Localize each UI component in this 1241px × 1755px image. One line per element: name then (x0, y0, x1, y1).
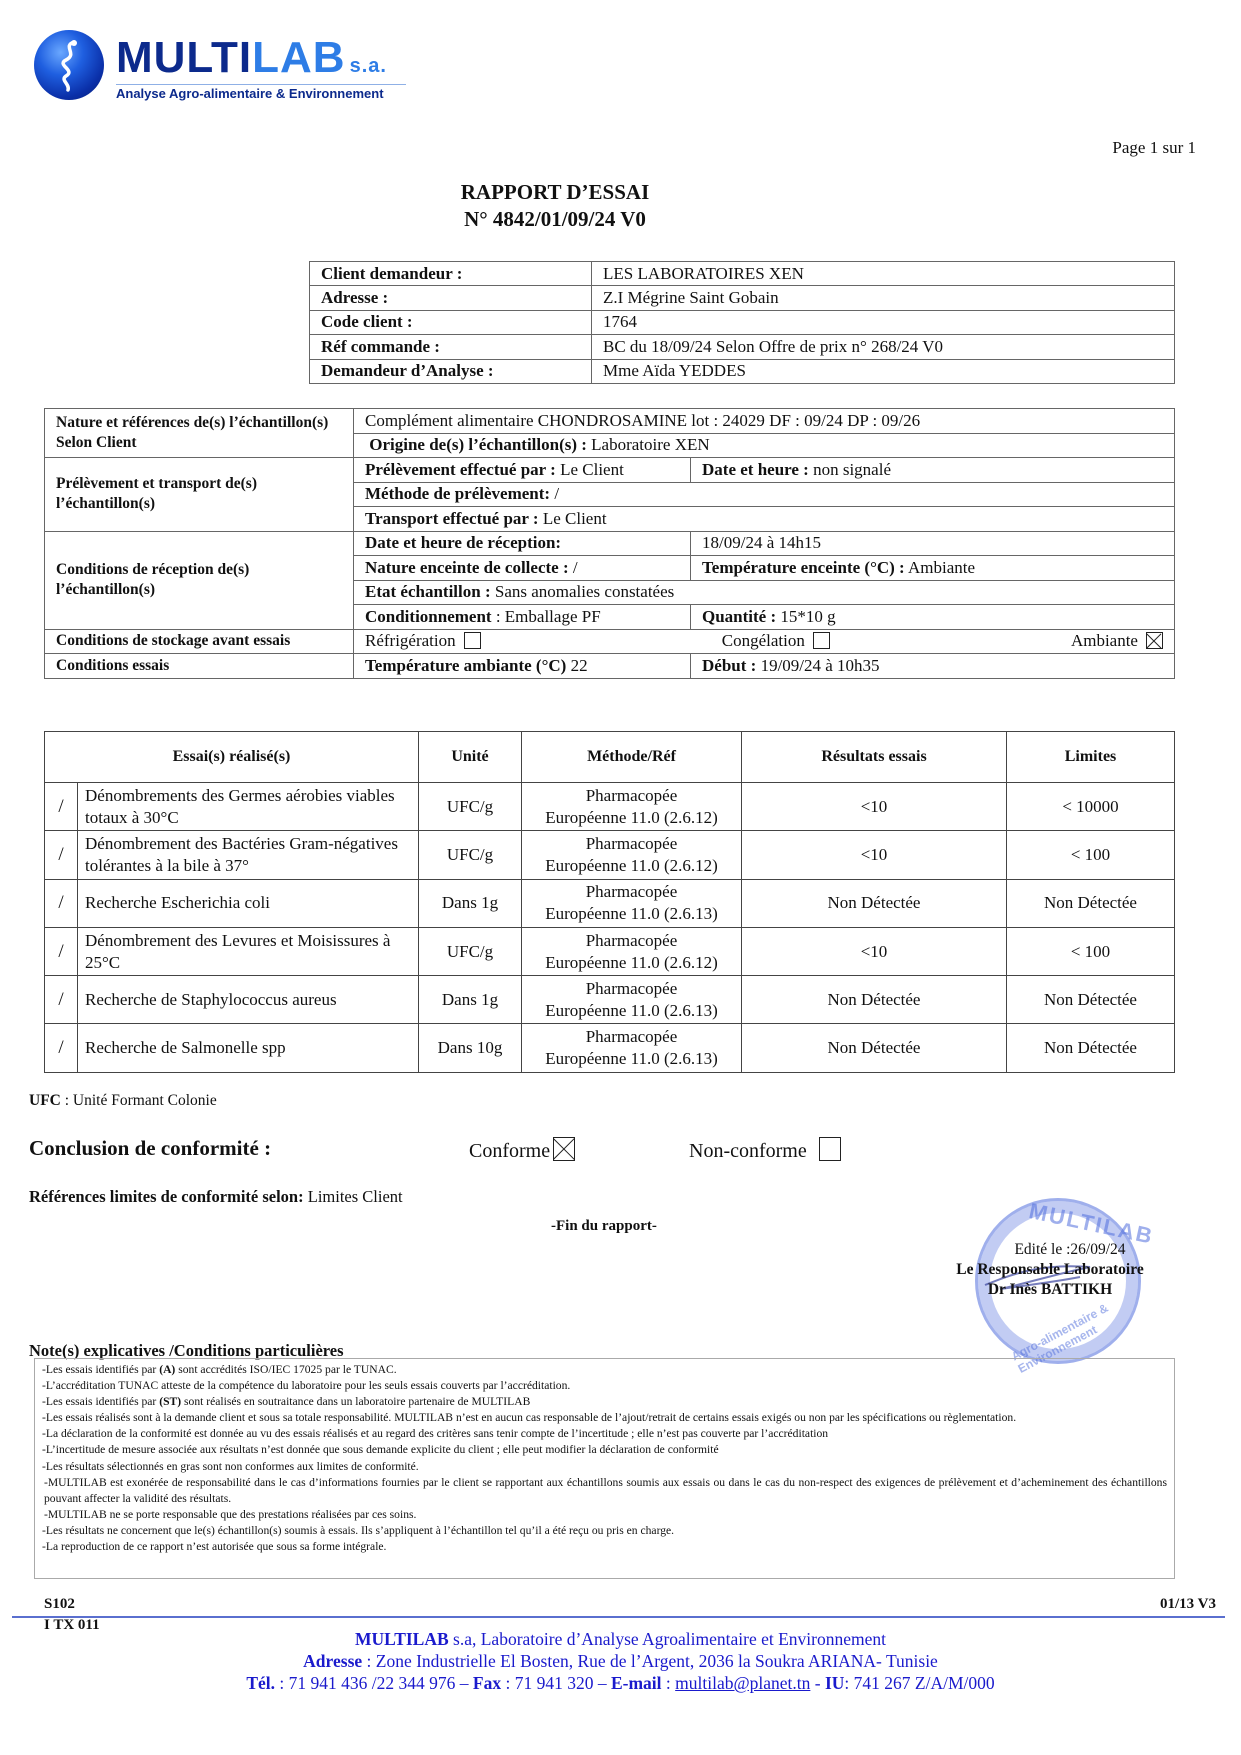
results-header-row: Essai(s) réalisé(s) Unité Méthode/Réf Ré… (45, 732, 1175, 783)
signer-name: Dr Inès BATTIKH (930, 1280, 1170, 1300)
table-row: / Dénombrements des Germes aérobies viab… (45, 783, 1175, 831)
test-limit: < 100 (1007, 927, 1175, 975)
requester-label: Demandeur d’Analyse : (310, 359, 592, 383)
sample-origin: Origine de(s) l’échantillon(s) : Laborat… (354, 433, 1175, 458)
test-name: Recherche Escherichia coli (78, 879, 419, 927)
client-code-value: 1764 (592, 310, 1175, 334)
header-test: Essai(s) réalisé(s) (45, 732, 419, 783)
header-method: Méthode/Réf (522, 732, 742, 783)
conclusion-label: Conclusion de conformité : (29, 1136, 271, 1161)
sample-description: Complément alimentaire CHONDROSAMINE lot… (354, 409, 1175, 434)
storage-option-freezing: Congélation (722, 632, 830, 650)
header-result: Résultats essais (742, 732, 1007, 783)
test-result: Non Détectée (742, 976, 1007, 1024)
form-version: 01/13 V3 (1160, 1596, 1216, 1613)
note-line: -Les essais identifiés par (ST) sont réa… (42, 1394, 1167, 1410)
table-row: / Recherche de Staphylococcus aureus Dan… (45, 976, 1175, 1024)
test-name: Dénombrement des Levures et Moisissures … (78, 927, 419, 975)
conformity-conclusion: Conclusion de conformité : Conforme Non-… (29, 1136, 929, 1166)
email-link[interactable]: multilab@planet.tn (675, 1673, 810, 1693)
test-method: PharmacopéeEuropéenne 11.0 (2.6.13) (522, 976, 742, 1024)
report-number: N° 4842/01/09/24 V0 (0, 207, 1110, 232)
address-row: Adresse :Z.I Mégrine Saint Gobain (310, 286, 1175, 310)
header-limit: Limites (1007, 732, 1175, 783)
conforme-checkbox[interactable] (553, 1137, 575, 1161)
test-conditions-section-label: Conditions essais (45, 654, 354, 679)
footer-contact-line: Tél. : 71 941 436 /22 344 976 – Fax : 71… (0, 1672, 1241, 1694)
page-indicator: Page 1 sur 1 (1112, 138, 1196, 158)
report-title: RAPPORT D’ESSAI (0, 180, 1110, 205)
test-unit: UFC/g (419, 831, 522, 879)
container-nature: Nature enceinte de collecte : / (354, 556, 691, 581)
reception-datetime-value: 18/09/24 à 14h15 (691, 531, 1175, 556)
header-unit: Unité (419, 732, 522, 783)
storage-option-ambient: Ambiante (1071, 632, 1163, 650)
note-line: -Les résultats sélectionnés en gras sont… (42, 1459, 1167, 1475)
sampling-performed-by: Prélèvement effectué par : Le Client (354, 458, 691, 483)
reception-datetime-label: Date et heure de réception: (354, 531, 691, 556)
freezing-checkbox[interactable] (813, 632, 830, 649)
client-value: LES LABORATOIRES XEN (592, 262, 1175, 286)
test-result: <10 (742, 831, 1007, 879)
client-info-table: Client demandeur :LES LABORATOIRES XEN A… (309, 261, 1175, 384)
address-value: Z.I Mégrine Saint Gobain (592, 286, 1175, 310)
notes-box: -Les essais identifiés par (A) sont accr… (34, 1358, 1175, 1579)
packaging: Conditionnement : Emballage PF (354, 605, 691, 630)
non-conforme-option: Non-conforme (689, 1137, 841, 1163)
end-of-report: -Fin du rapport- (551, 1218, 657, 1235)
storage-section-label: Conditions de stockage avant essais (45, 629, 354, 654)
sample-state: Etat échantillon : Sans anomalies consta… (354, 580, 1175, 605)
storage-option-refrigeration: Réfrigération (365, 632, 481, 650)
reception-section-label: Conditions de réception de(s) l’échantil… (45, 531, 354, 629)
signer-role: Le Responsable Laboratoire (930, 1260, 1170, 1280)
test-start: Début : 19/09/24 à 10h35 (691, 654, 1175, 679)
quantity: Quantité : 15*10 g (691, 605, 1175, 630)
table-row: / Dénombrement des Bactéries Gram-négati… (45, 831, 1175, 879)
note-line: -MULTILAB ne se porte responsable que de… (42, 1507, 1167, 1523)
test-name: Dénombrement des Bactéries Gram-négative… (78, 831, 419, 879)
logo-tagline: Analyse Agro-alimentaire & Environnement (116, 86, 384, 101)
storage-options: Réfrigération Congélation Ambiante (354, 629, 1175, 654)
test-method: PharmacopéeEuropéenne 11.0 (2.6.13) (522, 1024, 742, 1072)
order-ref-value: BC du 18/09/24 Selon Offre de prix n° 26… (592, 335, 1175, 359)
requester-row: Demandeur d’Analyse :Mme Aïda YEDDES (310, 359, 1175, 383)
test-name: Recherche de Salmonelle spp (78, 1024, 419, 1072)
table-row: / Dénombrement des Levures et Moisissure… (45, 927, 1175, 975)
note-line: -Les essais identifiés par (A) sont accr… (42, 1362, 1167, 1378)
edit-date: Edité le :26/09/24 (970, 1240, 1170, 1260)
test-result: <10 (742, 783, 1007, 831)
test-result: Non Détectée (742, 879, 1007, 927)
conformity-references: Références limites de conformité selon: … (29, 1187, 403, 1207)
nature-section-label: Nature et références de(s) l’échantillon… (45, 409, 354, 458)
test-limit: Non Détectée (1007, 879, 1175, 927)
note-line: -La déclaration de la conformité est don… (42, 1426, 1167, 1442)
footer-company-line: MULTILAB s.a, Laboratoire d’Analyse Agro… (0, 1628, 1241, 1650)
form-code: S102 (44, 1596, 75, 1613)
client-row: Client demandeur :LES LABORATOIRES XEN (310, 262, 1175, 286)
footer-divider (12, 1616, 1225, 1618)
test-method: PharmacopéeEuropéenne 11.0 (2.6.13) (522, 879, 742, 927)
test-limit: Non Détectée (1007, 976, 1175, 1024)
test-method: PharmacopéeEuropéenne 11.0 (2.6.12) (522, 783, 742, 831)
ambient-checkbox[interactable] (1146, 632, 1163, 649)
note-line: -Les résultats ne concernent que le(s) é… (42, 1523, 1167, 1539)
note-line: -L’accréditation TUNAC atteste de la com… (42, 1378, 1167, 1394)
test-result: Non Détectée (742, 1024, 1007, 1072)
conforme-option: Conforme (469, 1137, 575, 1163)
logo-divider (116, 84, 406, 85)
results-table: Essai(s) réalisé(s) Unité Méthode/Réf Ré… (44, 731, 1175, 1073)
test-unit: UFC/g (419, 927, 522, 975)
signature-block: Edité le :26/09/24 Le Responsable Labora… (930, 1240, 1170, 1300)
test-unit: UFC/g (419, 783, 522, 831)
test-unit: Dans 10g (419, 1024, 522, 1072)
sampling-datetime: Date et heure : non signalé (691, 458, 1175, 483)
test-method: PharmacopéeEuropéenne 11.0 (2.6.12) (522, 927, 742, 975)
test-name: Recherche de Staphylococcus aureus (78, 976, 419, 1024)
footer-contact: MULTILAB s.a, Laboratoire d’Analyse Agro… (0, 1628, 1241, 1694)
test-limit: < 10000 (1007, 783, 1175, 831)
client-label: Client demandeur : (310, 262, 592, 286)
sampling-section-label: Prélèvement et transport de(s) l’échanti… (45, 458, 354, 532)
test-unit: Dans 1g (419, 879, 522, 927)
client-code-label: Code client : (310, 310, 592, 334)
test-result: <10 (742, 927, 1007, 975)
test-limit: < 100 (1007, 831, 1175, 879)
note-line: -Les essais réalisés sont à la demande c… (42, 1410, 1167, 1426)
note-line: -MULTILAB est exonérée de responsabilité… (42, 1475, 1167, 1507)
refrigeration-checkbox[interactable] (464, 632, 481, 649)
test-method: PharmacopéeEuropéenne 11.0 (2.6.12) (522, 831, 742, 879)
client-code-row: Code client :1764 (310, 310, 1175, 334)
test-limit: Non Détectée (1007, 1024, 1175, 1072)
non-conforme-checkbox[interactable] (819, 1137, 841, 1161)
transport-performed-by: Transport effectué par : Le Client (354, 507, 1175, 532)
container-temperature: Température enceinte (°C) : Ambiante (691, 556, 1175, 581)
footer-address-line: Adresse : Zone Industrielle El Bosten, R… (0, 1650, 1241, 1672)
ufc-definition: UFC : Unité Formant Colonie (29, 1092, 217, 1110)
requester-value: Mme Aïda YEDDES (592, 359, 1175, 383)
table-row: / Recherche Escherichia coli Dans 1g Pha… (45, 879, 1175, 927)
note-line: -L’incertitude de mesure associée aux ré… (42, 1442, 1167, 1458)
test-unit: Dans 1g (419, 976, 522, 1024)
table-row: / Recherche de Salmonelle spp Dans 10g P… (45, 1024, 1175, 1072)
note-line: -La reproduction de ce rapport n’est aut… (42, 1539, 1167, 1555)
order-ref-row: Réf commande :BC du 18/09/24 Selon Offre… (310, 335, 1175, 359)
address-label: Adresse : (310, 286, 592, 310)
ambient-temperature: Température ambiante (°C) 22 (354, 654, 691, 679)
sample-info-table: Nature et références de(s) l’échantillon… (44, 408, 1175, 679)
order-ref-label: Réf commande : (310, 335, 592, 359)
logo-wordmark: MULTILABs.a. (116, 36, 387, 88)
company-logo: MULTILABs.a. Analyse Agro-alimentaire & … (34, 30, 414, 102)
sampling-method: Méthode de prélèvement: / (354, 482, 1175, 507)
test-name: Dénombrements des Germes aérobies viable… (78, 783, 419, 831)
logo-globe-icon (34, 30, 104, 100)
